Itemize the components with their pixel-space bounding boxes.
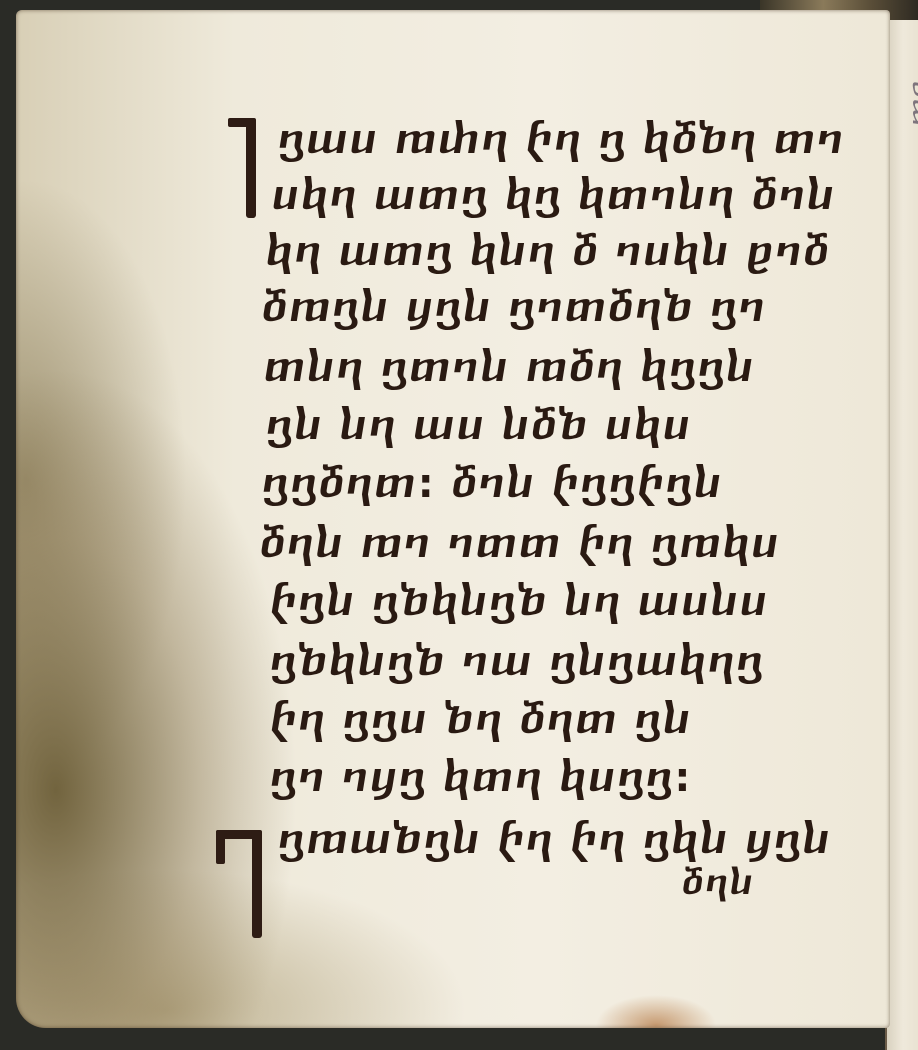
text-line-13: ⴂⴊⴍⴆⴂⴑ ⴡⴄ ⴡⴄ ⴂⴉⴑ ⴘⴂⴑ	[278, 820, 832, 860]
initial-letter-2	[252, 830, 262, 938]
initial-letter-1	[246, 118, 256, 218]
text-line-14: ⴃⴄⴑ	[682, 866, 755, 900]
manuscript-page: ⴂⴍⴎ ⴊⴐⴄ ⴡⴄ ⴂ ⴉⴃⴆⴄ ⴇⴈ ⴎⴉⴄ ⴍⴇⴂ ⴉⴂ ⴉⴇⴈⴑⴄ ⴃⴈ…	[16, 10, 890, 1028]
text-line-12: ⴂⴈ ⴈⴘⴂ ⴉⴇⴄ ⴉⴎⴂⴂ:	[270, 758, 692, 798]
adjacent-page-text: ⴆⴍ	[905, 80, 918, 127]
text-line-9: ⴡⴂⴑ ⴂⴆⴉⴑⴂⴆ ⴑⴄ ⴍⴎⴑⴎ	[270, 582, 769, 622]
text-line-10: ⴂⴆⴉⴑⴂⴆ ⴈⴍ ⴂⴑⴂⴍⴉⴄⴂ	[270, 642, 765, 682]
text-line-4: ⴃⴊⴂⴑ ⴘⴂⴑ ⴂⴈⴇⴃⴄⴆ ⴂⴈ	[262, 288, 767, 328]
text-line-7: ⴂⴂⴃⴄⴇ: ⴃⴈⴑ ⴡⴂⴂⴡⴂⴑ	[262, 464, 723, 504]
text-line-8: ⴃⴄⴑ ⴊⴈ ⴈⴇⴇ ⴡⴄ ⴂⴊⴉⴎ	[260, 524, 781, 564]
manuscript-text-block: ⴂⴍⴎ ⴊⴐⴄ ⴡⴄ ⴂ ⴉⴃⴆⴄ ⴇⴈ ⴎⴉⴄ ⴍⴇⴂ ⴉⴂ ⴉⴇⴈⴑⴄ ⴃⴈ…	[16, 10, 890, 1028]
text-line-6: ⴂⴑ ⴑⴄ ⴍⴎ ⴑⴃⴆ ⴎⴉⴎ	[266, 406, 692, 446]
text-line-3: ⴉⴄ ⴍⴇⴂ ⴉⴑⴄ ⴃ ⴈⴎⴉⴑ ⴒⴈⴃ	[266, 232, 831, 272]
text-line-2: ⴎⴉⴄ ⴍⴇⴂ ⴉⴂ ⴉⴇⴈⴑⴄ ⴃⴈⴑ	[272, 176, 836, 216]
text-line-5: ⴇⴑⴄ ⴂⴇⴈⴑ ⴊⴃⴄ ⴉⴂⴂⴑ	[264, 348, 756, 388]
text-line-11: ⴡⴄ ⴂⴂⴎ ⴆⴄ ⴃⴄⴇ ⴂⴑ	[270, 700, 692, 740]
text-line-1: ⴂⴍⴎ ⴊⴐⴄ ⴡⴄ ⴂ ⴉⴃⴆⴄ ⴇⴈ	[278, 120, 845, 160]
